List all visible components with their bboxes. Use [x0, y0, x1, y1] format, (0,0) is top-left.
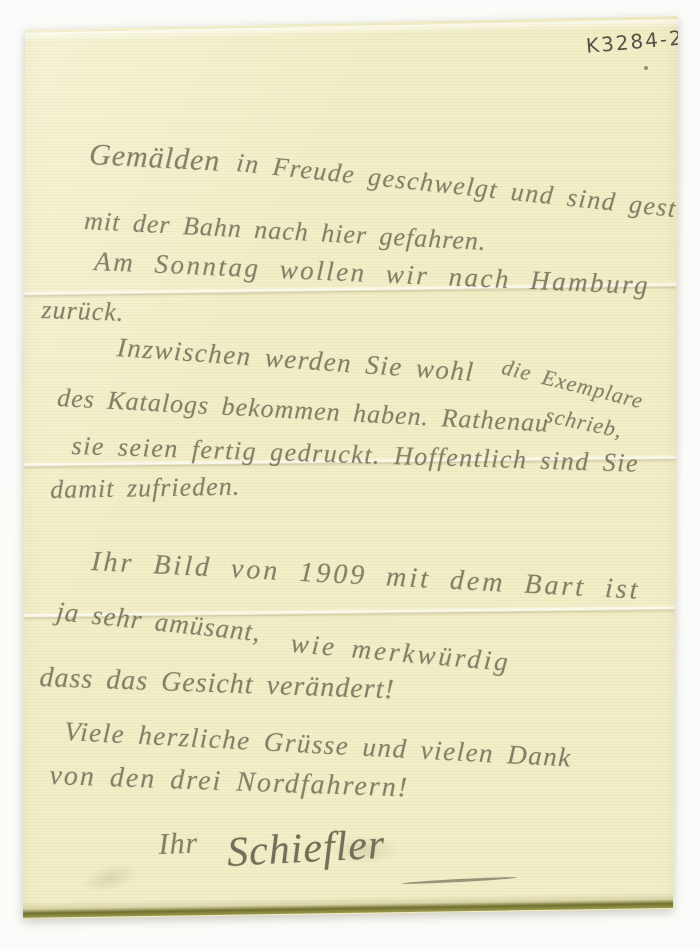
letter-line-06: Inzwischen werden Sie wohl — [116, 334, 475, 386]
letter-line-07-inserted: die Exemplare — [500, 356, 646, 412]
letter-line-13: ja sehr amüsant, — [55, 598, 262, 646]
letter-line-12: Ihr Bild von 1909 mit dem Bart ist — [91, 548, 642, 605]
letter-line-05: zurück. — [41, 297, 125, 326]
pencil-smudge — [78, 858, 143, 899]
letter-line-01: Gemälden — [88, 140, 221, 177]
archive-catalog-number: K3284-2 — [585, 25, 685, 57]
paper-top-edge-highlight — [18, 19, 682, 42]
letter-line-10: sie seien fertig gedruckt. Hoffentlich s… — [71, 433, 639, 477]
letter-line-11: damit zufrieden. — [50, 474, 240, 503]
letter-line-14: wie merkwürdig — [290, 630, 512, 676]
letter-line-15: dass das Gesicht verändert! — [39, 664, 395, 704]
letter-line-17: von den drei Nordfahrern! — [49, 762, 410, 803]
letter-paper-sheet: K3284-2 Gemälden in Freude geschwelgt un… — [0, 0, 700, 950]
letter-line-09-inserted: schrieb, — [543, 404, 624, 442]
closing-salutation: Ihr — [158, 829, 199, 860]
letter-line-02: in Freude geschwelgt und sind gestern — [235, 150, 700, 226]
letter-line-08: des Katalogs bekommen haben. Rathenau — [57, 385, 550, 437]
pencil-smudge — [330, 835, 400, 865]
paper-bottom-edge-shadow — [16, 892, 684, 918]
scanned-letter: K3284-2 Gemälden in Freude geschwelgt un… — [0, 0, 700, 950]
signature-flourish-stroke — [402, 876, 517, 885]
pencil-dot-mark — [644, 66, 648, 70]
